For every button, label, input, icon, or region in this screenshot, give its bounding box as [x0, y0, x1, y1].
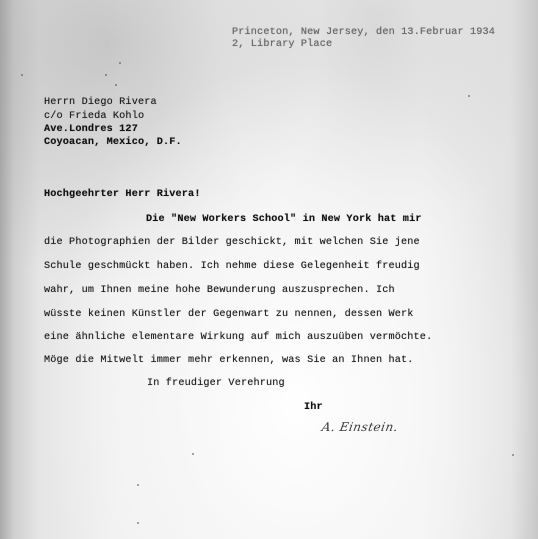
- paper-speck: [105, 74, 107, 76]
- paper-speck: [119, 62, 121, 64]
- paper-speck: [468, 95, 470, 97]
- recipient-line: Herrn Diego Rivera: [44, 97, 157, 108]
- closing-pronoun: Ihr: [304, 402, 323, 413]
- paper-speck: [21, 74, 23, 76]
- body-line: Möge die Mitwelt immer mehr erkennen, wa…: [44, 355, 414, 366]
- closing: In freudiger Verehrung: [147, 378, 285, 389]
- body-line: Schule geschmückt haben. Ich nehme diese…: [44, 261, 420, 272]
- paper-speck: [192, 453, 194, 455]
- recipient-line: Coyoacan, Mexico, D.F.: [44, 137, 182, 148]
- body-line: wüsste keinen Künstler der Gegenwart zu …: [44, 309, 414, 320]
- body-line: wahr, um Ihnen meine hohe Bewunderung au…: [44, 285, 395, 296]
- body-line: die Photographien der Bilder geschickt, …: [44, 237, 420, 248]
- recipient-line: c/o Frieda Kohlo: [44, 111, 144, 122]
- body-line: Die "New Workers School" in New York hat…: [146, 214, 422, 225]
- paper-speck: [115, 84, 117, 86]
- body-line: eine ähnliche elementare Wirkung auf mic…: [44, 332, 432, 343]
- place-date-line: Princeton, New Jersey, den 13.Februar 19…: [232, 27, 495, 38]
- paper-speck: [137, 484, 139, 486]
- sender-address-line: 2, Library Place: [232, 39, 332, 50]
- paper-speck: [512, 454, 514, 456]
- recipient-line: Ave.Londres 127: [44, 124, 138, 135]
- salutation: Hochgeehrter Herr Rivera!: [44, 189, 201, 200]
- signature: A. Einstein.: [321, 420, 400, 434]
- paper-speck: [137, 522, 139, 524]
